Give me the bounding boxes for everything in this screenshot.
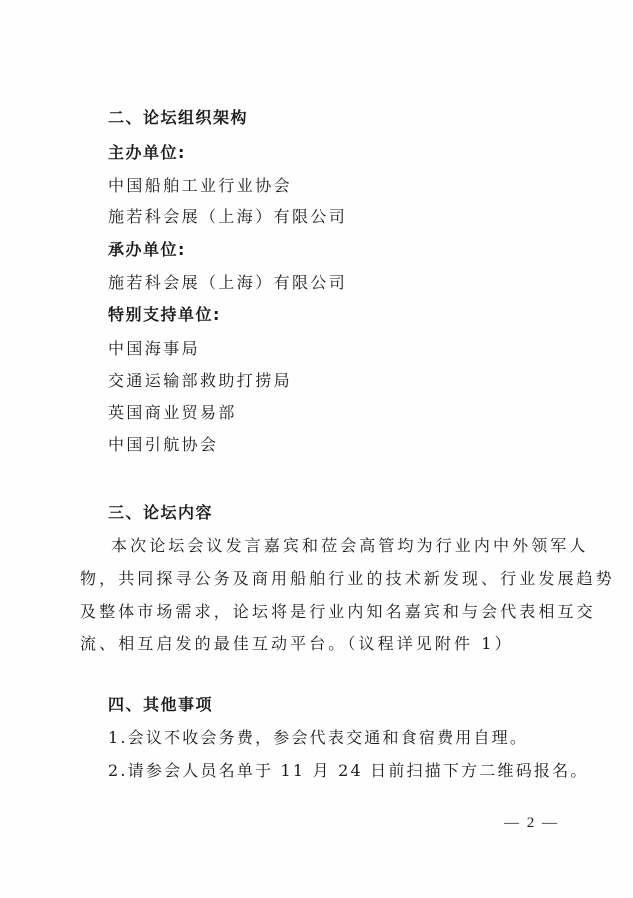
supporter-item: 中国海事局 <box>108 339 200 359</box>
page-number: — 2 — <box>504 815 559 832</box>
notice-item: 2.请参会人员名单于 11 月 24 日前扫描下方二维码报名。 <box>108 761 589 781</box>
co-organizer-label: 承办单位: <box>108 240 186 260</box>
organizer-item: 中国船舶工业行业协会 <box>108 176 292 196</box>
notice-item: 1.会议不收会务费，参会代表交通和食宿费用自理。 <box>108 728 528 748</box>
special-support-label: 特别支持单位: <box>108 305 221 325</box>
co-organizer-item: 施若科会展（上海）有限公司 <box>108 273 347 293</box>
document-page: 二、论坛组织架构 主办单位: 中国船舶工业行业协会 施若科会展（上海）有限公司 … <box>0 0 633 898</box>
section-2-title: 二、论坛组织架构 <box>108 108 248 128</box>
organizer-label: 主办单位: <box>108 143 186 163</box>
supporter-item: 交通运输部救助打捞局 <box>108 371 292 391</box>
paragraph-line: 本次论坛会议发言嘉宾和莅会高管均为行业内中外领军人 <box>111 536 589 556</box>
paragraph-line: 及整体市场需求，论坛将是行业内知名嘉宾和与会代表相互交 <box>80 602 596 622</box>
supporter-item: 英国商业贸易部 <box>108 403 237 423</box>
paragraph-line: 物，共同探寻公务及商用船舶行业的技术新发现、行业发展趋势 <box>80 569 615 589</box>
supporter-item: 中国引航协会 <box>108 435 218 455</box>
paragraph-line: 流、相互启发的最佳互动平台。（议程详见附件 1） <box>80 634 514 654</box>
section-3-title: 三、论坛内容 <box>108 503 213 523</box>
section-4-title: 四、其他事项 <box>108 695 213 715</box>
organizer-item: 施若科会展（上海）有限公司 <box>108 207 347 227</box>
